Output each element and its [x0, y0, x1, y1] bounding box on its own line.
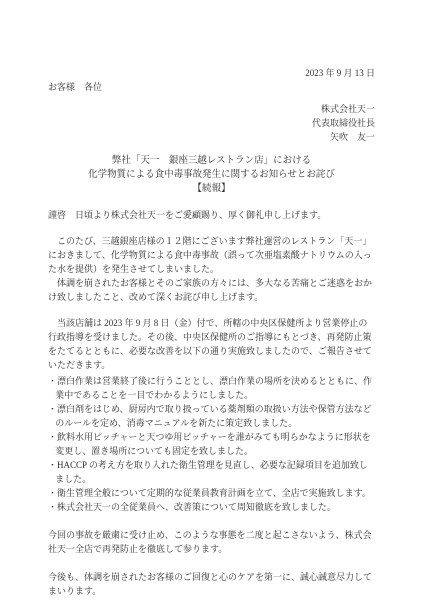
list-item: ・漂白作業は営業終了後に行うこととし、漂白作業の場所を決めるとともに、作業中であ…: [48, 374, 375, 402]
greeting-line: 謹啓 日頃より株式会社天一をご愛顧賜り、厚く御礼申し上げます。: [48, 208, 375, 222]
closing-paragraph: 今回の事故を厳粛に受け止め、このような事態を二度と起こさないよう、株式会社天一全…: [48, 528, 375, 556]
document-page: 2023 年 9 月 13 日 お客様 各位 株式会社天一 代表取締役社長 矢吹…: [0, 0, 423, 612]
closing-paragraph: 今後も、体調を崩されたお客様のご回復と心のケアを第一に、誠心誠意尽力してまいりま…: [48, 570, 375, 598]
document-title: 弊社「天一 銀座三越レストラン店」における 化学物質による食中毒事故発生に関する…: [48, 154, 375, 196]
document-title-line3: 【続報】: [48, 182, 375, 196]
sender-name: 矢吹 友一: [48, 130, 375, 144]
document-date: 2023 年 9 月 13 日: [48, 66, 375, 80]
sender-title: 代表取締役社長: [48, 116, 375, 130]
countermeasure-list: ・漂白作業は営業終了後に行うこととし、漂白作業の場所を決めるとともに、作業中であ…: [48, 374, 375, 514]
body-paragraph: 当該店舗は 2023 年 9 月 8 日（金）付で、所轄の中央区保健所より営業停…: [48, 316, 375, 372]
list-item: ・株式会社天一の全従業員へ、改善策について周知徹底を致しました。: [48, 500, 375, 514]
document-title-line1: 弊社「天一 銀座三越レストラン店」における: [48, 154, 375, 168]
body-paragraph: このたび、三越銀座店様の１２階にございます弊社運営のレストラン「天一」におきまし…: [48, 234, 375, 276]
list-item: ・飲料水用ピッチャーと天つゆ用ピッチャーを誰がみても明らかなように形状を変更し、…: [48, 430, 375, 458]
body-paragraph: 体調を崩されたお客様とそのご家族の方々には、多大なる苦痛とご迷惑をおかけ致しまし…: [48, 276, 375, 304]
sender-company: 株式会社天一: [48, 102, 375, 116]
list-item: ・衛生管理全般について定期的な従業員教育計画を立て、全店で実施致します。: [48, 486, 375, 500]
list-item: ・HACCP の考え方を取り入れた衛生管理を見直し、必要な記録項目を追加致しまし…: [48, 458, 375, 486]
recipient: お客様 各位: [48, 80, 375, 94]
sender-block: 株式会社天一 代表取締役社長 矢吹 友一: [48, 102, 375, 144]
document-title-line2: 化学物質による食中毒事故発生に関するお知らせとお詫び: [48, 168, 375, 182]
list-item: ・漂白剤をはじめ、厨房内で取り扱っている薬剤類の取扱い方法や保管方法などのルール…: [48, 402, 375, 430]
